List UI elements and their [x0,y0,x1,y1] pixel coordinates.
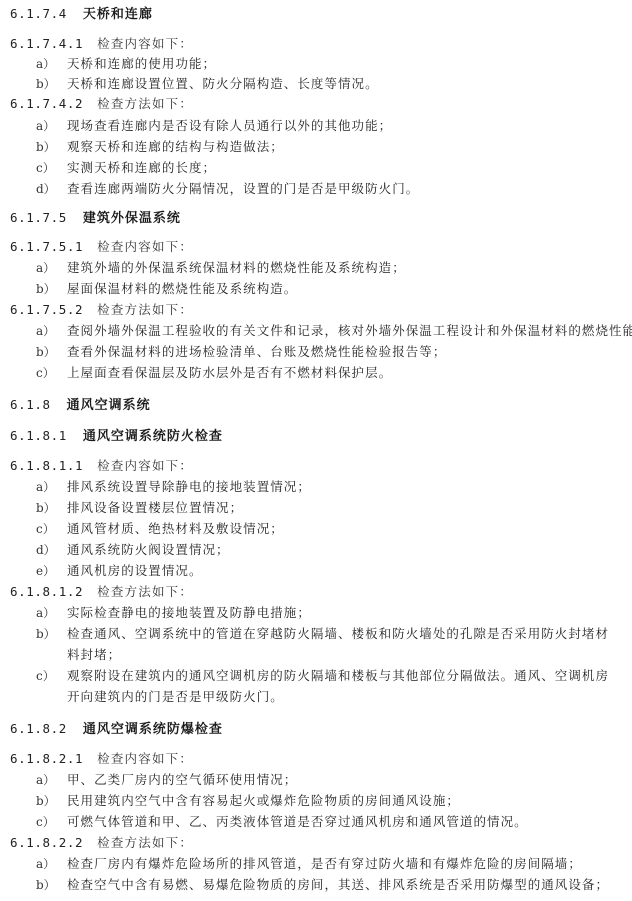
list-marker: b） [36,281,56,297]
list-marker: a） [36,56,55,72]
list-item-text: 实际检查静电的接地装置及防静电措施； [67,605,311,621]
list-item-text: 排风设备设置楼层位置情况； [67,500,243,516]
list-marker: b） [36,877,56,893]
list-item-text: 建筑外墙的外保温系统保温材料的燃烧性能及系统构造； [67,260,406,276]
list-marker: c） [36,365,55,381]
section-number: 6.1.7.4.2 [10,96,83,111]
clause-heading: 6.1.7.5.2检查方法如下： [10,302,193,318]
list-marker: a） [36,479,55,495]
list-item: c）上屋面查看保温层及防水层外是否有不燃材料保护层。 [0,365,632,381]
clause-heading: 6.1.8.1.2检查方法如下： [10,584,193,600]
section-heading: 6.1.8.2通风空调系统防爆检查 [10,721,223,737]
list-marker: c） [36,521,55,537]
list-marker: a） [36,856,55,872]
list-item: a）现场查看连廊内是否设有除人员通行以外的其他功能； [0,118,632,134]
list-marker: a） [36,260,55,276]
list-item-text: 检查通风、空调系统中的管道在穿越防火隔墙、楼板和防火墙处的孔隙是否采用防火封堵材 [67,626,609,642]
list-marker: a） [36,772,55,788]
list-item: d）查看连廊两端防火分隔情况，设置的门是否是甲级防火门。 [0,181,632,197]
list-item-text: 可燃气体管道和甲、乙、丙类液体管道是否穿过通风机房和通风管道的情况。 [67,814,528,830]
list-item: a）查阅外墙外保温工程验收的有关文件和记录，核对外墙外保温工程设计和外保温材料的… [0,323,632,339]
section-title: 通风空调系统 [67,398,151,413]
list-item: e）通风机房的设置情况。 [0,563,632,579]
list-marker: a） [36,323,55,339]
section-title: 通风空调系统防爆检查 [83,722,223,737]
section-number: 6.1.7.4 [10,6,67,21]
list-item-text: 通风机房的设置情况。 [67,563,203,579]
list-item-text: 查阅外墙外保温工程验收的有关文件和记录，核对外墙外保温工程设计和外保温材料的燃烧… [67,323,632,339]
section-number: 6.1.7.5.1 [10,239,83,254]
list-marker: d） [36,542,56,558]
section-title: 检查内容如下： [97,458,193,473]
list-item: b）天桥和连廊设置位置、防火分隔构造、长度等情况。 [0,76,632,92]
list-item: b）查看外保温材料的进场检验清单、台账及燃烧性能检验报告等； [0,344,632,360]
list-item: c）通风管材质、绝热材料及敷设情况； [0,521,632,537]
list-item: b）民用建筑内空气中含有容易起火或爆炸危险物质的房间通风设施； [0,793,632,809]
list-marker: b） [36,76,56,92]
section-number: 6.1.8.1 [10,428,67,443]
section-title: 检查内容如下： [97,751,193,766]
list-item-text: 排风系统设置导除静电的接地装置情况； [67,479,311,495]
list-marker: b） [36,626,56,642]
list-marker: b） [36,139,56,155]
list-item-text: 甲、乙类厂房内的空气循环使用情况； [67,772,297,788]
list-item: c）可燃气体管道和甲、乙、丙类液体管道是否穿过通风机房和通风管道的情况。 [0,814,632,830]
clause-heading: 6.1.7.4.2检查方法如下： [10,96,193,112]
section-title: 通风空调系统防火检查 [83,429,223,444]
list-item-text: 观察附设在建筑内的通风空调机房的防火隔墙和楼板与其他部位分隔做法。通风、空调机房 [67,668,609,684]
section-number: 6.1.8.1.2 [10,584,83,599]
list-marker: c） [36,668,55,684]
clause-heading: 6.1.7.4.1检查内容如下： [10,36,193,52]
section-number: 6.1.8.1.1 [10,458,83,473]
section-number: 6.1.7.4.1 [10,36,83,51]
list-item-text: 天桥和连廊的使用功能； [67,56,216,72]
list-item-text-continued: 料封堵； [67,647,121,663]
list-item-text: 检查空气中含有易燃、易爆危险物质的房间，其送、排风系统是否采用防爆型的通风设备； [67,877,609,893]
list-marker: b） [36,344,56,360]
section-title: 检查方法如下： [97,302,193,317]
section-number: 6.1.8.2.1 [10,751,83,766]
list-item-text: 屋面保温材料的燃烧性能及系统构造。 [67,281,297,297]
section-heading: 6.1.8通风空调系统 [10,397,151,413]
list-marker: a） [36,605,55,621]
list-marker: e） [36,563,55,579]
clause-heading: 6.1.8.2.2检查方法如下： [10,835,193,851]
section-title: 建筑外保温系统 [83,211,181,226]
list-item: a）甲、乙类厂房内的空气循环使用情况； [0,772,632,788]
list-marker: b） [36,500,56,516]
section-title: 检查方法如下： [97,96,193,111]
clause-heading: 6.1.8.2.1检查内容如下： [10,751,193,767]
section-title: 天桥和连廊 [83,7,153,22]
section-heading: 6.1.8.1通风空调系统防火检查 [10,428,223,444]
list-item-text: 检查厂房内有爆炸危险场所的排风管道，是否有穿过防火墙和有爆炸危险的房间隔墙； [67,856,582,872]
section-title: 检查内容如下： [97,239,193,254]
list-item-text: 实测天桥和连廊的长度； [67,160,216,176]
list-item: b）排风设备设置楼层位置情况； [0,500,632,516]
list-item-text: 天桥和连廊设置位置、防火分隔构造、长度等情况。 [67,76,379,92]
section-heading: 6.1.7.5建筑外保温系统 [10,210,181,226]
list-item: b）观察天桥和连廊的结构与构造做法； [0,139,632,155]
list-item: c）观察附设在建筑内的通风空调机房的防火隔墙和楼板与其他部位分隔做法。通风、空调… [0,668,632,684]
section-number: 6.1.7.5.2 [10,302,83,317]
clause-heading: 6.1.7.5.1检查内容如下： [10,239,193,255]
list-item-text: 上屋面查看保温层及防水层外是否有不燃材料保护层。 [67,365,392,381]
list-item-text: 民用建筑内空气中含有容易起火或爆炸危险物质的房间通风设施； [67,793,460,809]
section-title: 检查方法如下： [97,835,193,850]
list-item-text: 查看外保温材料的进场检验清单、台账及燃烧性能检验报告等； [67,344,446,360]
list-item: a）建筑外墙的外保温系统保温材料的燃烧性能及系统构造； [0,260,632,276]
list-marker: a） [36,118,55,134]
list-marker: b） [36,793,56,809]
section-title: 检查内容如下： [97,36,193,51]
list-item-text: 查看连廊两端防火分隔情况，设置的门是否是甲级防火门。 [67,181,419,197]
section-title: 检查方法如下： [97,584,193,599]
section-number: 6.1.8.2 [10,721,67,736]
section-heading: 6.1.7.4天桥和连廊 [10,6,153,22]
list-item: a）排风系统设置导除静电的接地装置情况； [0,479,632,495]
list-item-text: 现场查看连廊内是否设有除人员通行以外的其他功能； [67,118,392,134]
list-item-text: 观察天桥和连廊的结构与构造做法； [67,139,284,155]
list-item: d）通风系统防火阀设置情况； [0,542,632,558]
list-marker: d） [36,181,56,197]
list-item-text-continued: 开向建筑内的门是否是甲级防火门。 [67,689,284,705]
list-item: b）检查通风、空调系统中的管道在穿越防火隔墙、楼板和防火墙处的孔隙是否采用防火封… [0,626,632,642]
section-number: 6.1.7.5 [10,210,67,225]
list-marker: c） [36,160,55,176]
list-item: b）屋面保温材料的燃烧性能及系统构造。 [0,281,632,297]
list-item: c）实测天桥和连廊的长度； [0,160,632,176]
list-item: b）检查空气中含有易燃、易爆危险物质的房间，其送、排风系统是否采用防爆型的通风设… [0,877,632,893]
clause-heading: 6.1.8.1.1检查内容如下： [10,458,193,474]
list-item: a）天桥和连廊的使用功能； [0,56,632,72]
list-item-text: 通风管材质、绝热材料及敷设情况； [67,521,284,537]
list-item-text: 通风系统防火阀设置情况； [67,542,230,558]
list-item: a）实际检查静电的接地装置及防静电措施； [0,605,632,621]
section-number: 6.1.8 [10,397,51,412]
list-marker: c） [36,814,55,830]
section-number: 6.1.8.2.2 [10,835,83,850]
list-item: a）检查厂房内有爆炸危险场所的排风管道，是否有穿过防火墙和有爆炸危险的房间隔墙； [0,856,632,872]
